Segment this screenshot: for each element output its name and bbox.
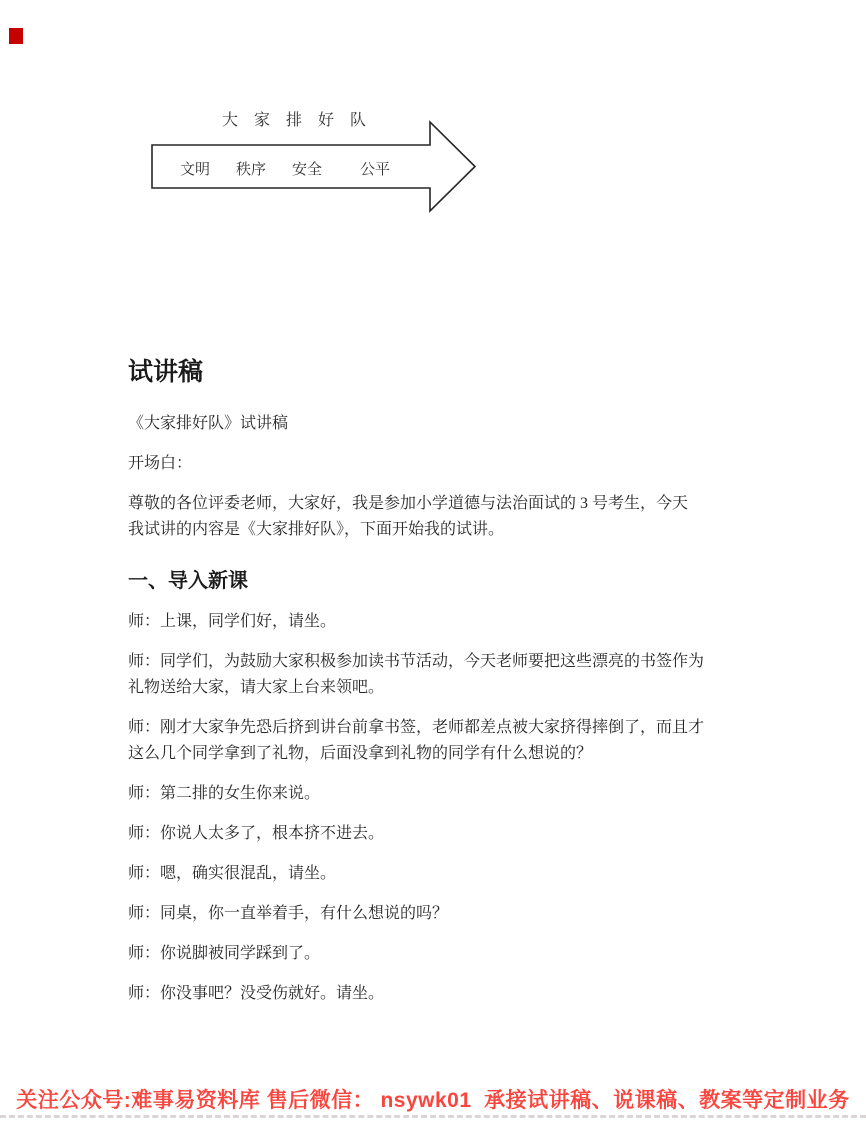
- script-line: 师：你没事吧？没受伤就好。请坐。: [128, 981, 748, 1007]
- script-line: 师：你说人太多了，根本挤不进去。: [128, 821, 748, 847]
- diagram-title: 大 家 排 好 队: [152, 107, 442, 130]
- script-line: 师：刚才大家争先恐后挤到讲台前拿书签，老师都差点被大家挤得摔倒了，而且才 这么几…: [128, 715, 748, 767]
- script-line: 师：嗯，确实很混乱，请坐。: [128, 861, 748, 887]
- page-title: 试讲稿: [128, 356, 748, 389]
- section-heading-lead-in: 一、导入新课: [128, 567, 748, 595]
- diagram-label-civility: 文明: [180, 158, 210, 179]
- paragraph-lesson-title: 《大家排好队》试讲稿: [128, 411, 748, 437]
- diagram-label-safety: 安全: [292, 158, 322, 179]
- document-body: 试讲稿 《大家排好队》试讲稿 开场白： 尊敬的各位评委老师，大家好，我是参加小学…: [128, 356, 748, 1021]
- paragraph-opening-label: 开场白：: [128, 451, 748, 477]
- script-line: 师：上课，同学们好，请坐。: [128, 609, 748, 635]
- document-page: 大 家 排 好 队 文明 秩序 安全 公平 试讲稿 《大家排好队》试讲稿 开场白…: [0, 0, 866, 1122]
- diagram-label-order: 秩序: [236, 158, 266, 179]
- script-line: 师：你说脚被同学踩到了。: [128, 941, 748, 967]
- script-line: 师：第二排的女生你来说。: [128, 781, 748, 807]
- promo-footer-banner: 关注公众号:难事易资料库 售后微信： nsywk01 承接试讲稿、说课稿、教案等…: [0, 1086, 866, 1116]
- footer-divider: [0, 1115, 866, 1118]
- script-line: 师：同学们，为鼓励大家积极参加读书节活动，今天老师要把这些漂亮的书签作为 礼物送…: [128, 649, 748, 701]
- diagram-label-fairness: 公平: [360, 158, 390, 179]
- script-line: 师：同桌，你一直举着手，有什么想说的吗？: [128, 901, 748, 927]
- diagram-labels: 文明 秩序 安全 公平: [152, 158, 390, 179]
- red-watermark-square: [9, 28, 23, 44]
- paragraph-opening-remarks: 尊敬的各位评委老师，大家好，我是参加小学道德与法治面试的 3 号考生，今天 我试…: [128, 491, 748, 543]
